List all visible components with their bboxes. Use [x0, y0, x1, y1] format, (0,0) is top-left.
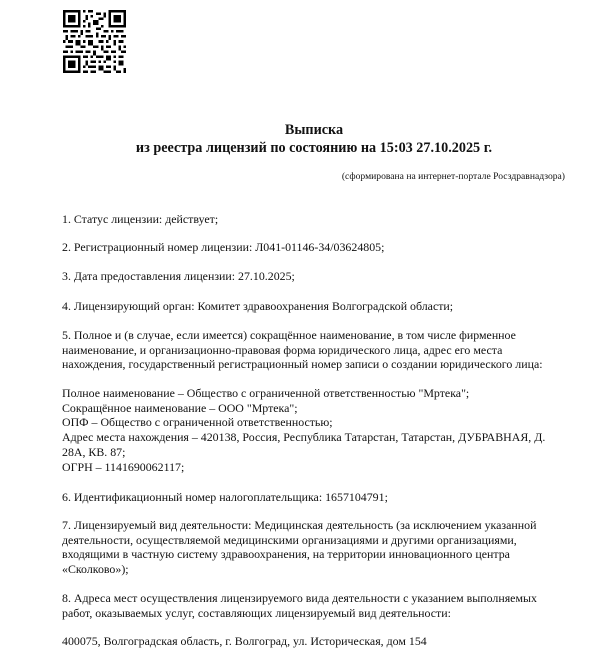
ogrn: ОГРН – 1141690062117; [62, 460, 582, 475]
status-text: 1. Статус лицензии: действует; [62, 212, 582, 227]
item-reg-number: 2. Регистрационный номер лицензии: Л041-… [62, 240, 582, 255]
issue-date-text: 3. Дата предоставления лицензии: 27.10.2… [62, 269, 582, 284]
generated-note: (сформирована на интернет-портале Росздр… [342, 170, 565, 183]
item-authority: 4. Лицензирующий орган: Комитет здравоох… [62, 299, 582, 314]
qr-code [63, 10, 126, 73]
text-line: «Сколково»); [62, 562, 582, 577]
item-name-heading: 5. Полное и (в случае, если имеется) сок… [62, 328, 582, 372]
item-activity: 7. Лицензируемый вид деятельности: Медиц… [62, 518, 582, 577]
item-addresses-heading: 8. Адреса мест осуществления лицензируем… [62, 591, 582, 620]
text-line: нахождения, государственный регистрацион… [62, 357, 582, 372]
item-status: 1. Статус лицензии: действует; [62, 212, 582, 227]
address-text: 400075, Волгоградская область, г. Волгог… [62, 634, 582, 649]
legal-address-cont: 28А, КВ. 87; [62, 445, 582, 460]
qr-code-icon [63, 10, 126, 73]
item-issue-date: 3. Дата предоставления лицензии: 27.10.2… [62, 269, 582, 284]
text-line: 5. Полное и (в случае, если имеется) сок… [62, 328, 582, 343]
document-title: Выписка [0, 121, 590, 139]
text-line: деятельности, осуществляемой медицинским… [62, 533, 582, 548]
text-line: входящими в частную систему здравоохране… [62, 547, 582, 562]
inn-text: 6. Идентификационный номер налогоплатель… [62, 490, 582, 505]
full-name: Полное наименование – Общество с огранич… [62, 386, 582, 401]
text-line: наименование, и организационно-правовая … [62, 343, 582, 358]
activity-address: 400075, Волгоградская область, г. Волгог… [62, 634, 582, 649]
legal-address: Адрес места нахождения – 420138, Россия,… [62, 430, 582, 445]
short-name: Сокращённое наименование – ООО "Мртека"; [62, 401, 582, 416]
text-line: 8. Адреса мест осуществления лицензируем… [62, 591, 582, 606]
text-line: работ, оказываемых услуг, составляющих л… [62, 606, 582, 621]
authority-text: 4. Лицензирующий орган: Комитет здравоох… [62, 299, 582, 314]
reg-number-text: 2. Регистрационный номер лицензии: Л041-… [62, 240, 582, 255]
text-line: 7. Лицензируемый вид деятельности: Медиц… [62, 518, 582, 533]
entity-details: Полное наименование – Общество с огранич… [62, 386, 582, 474]
legal-form: ОПФ – Общество с ограниченной ответствен… [62, 415, 582, 430]
document-subtitle: из реестра лицензий по состоянию на 15:0… [0, 139, 590, 157]
item-inn: 6. Идентификационный номер налогоплатель… [62, 490, 582, 505]
